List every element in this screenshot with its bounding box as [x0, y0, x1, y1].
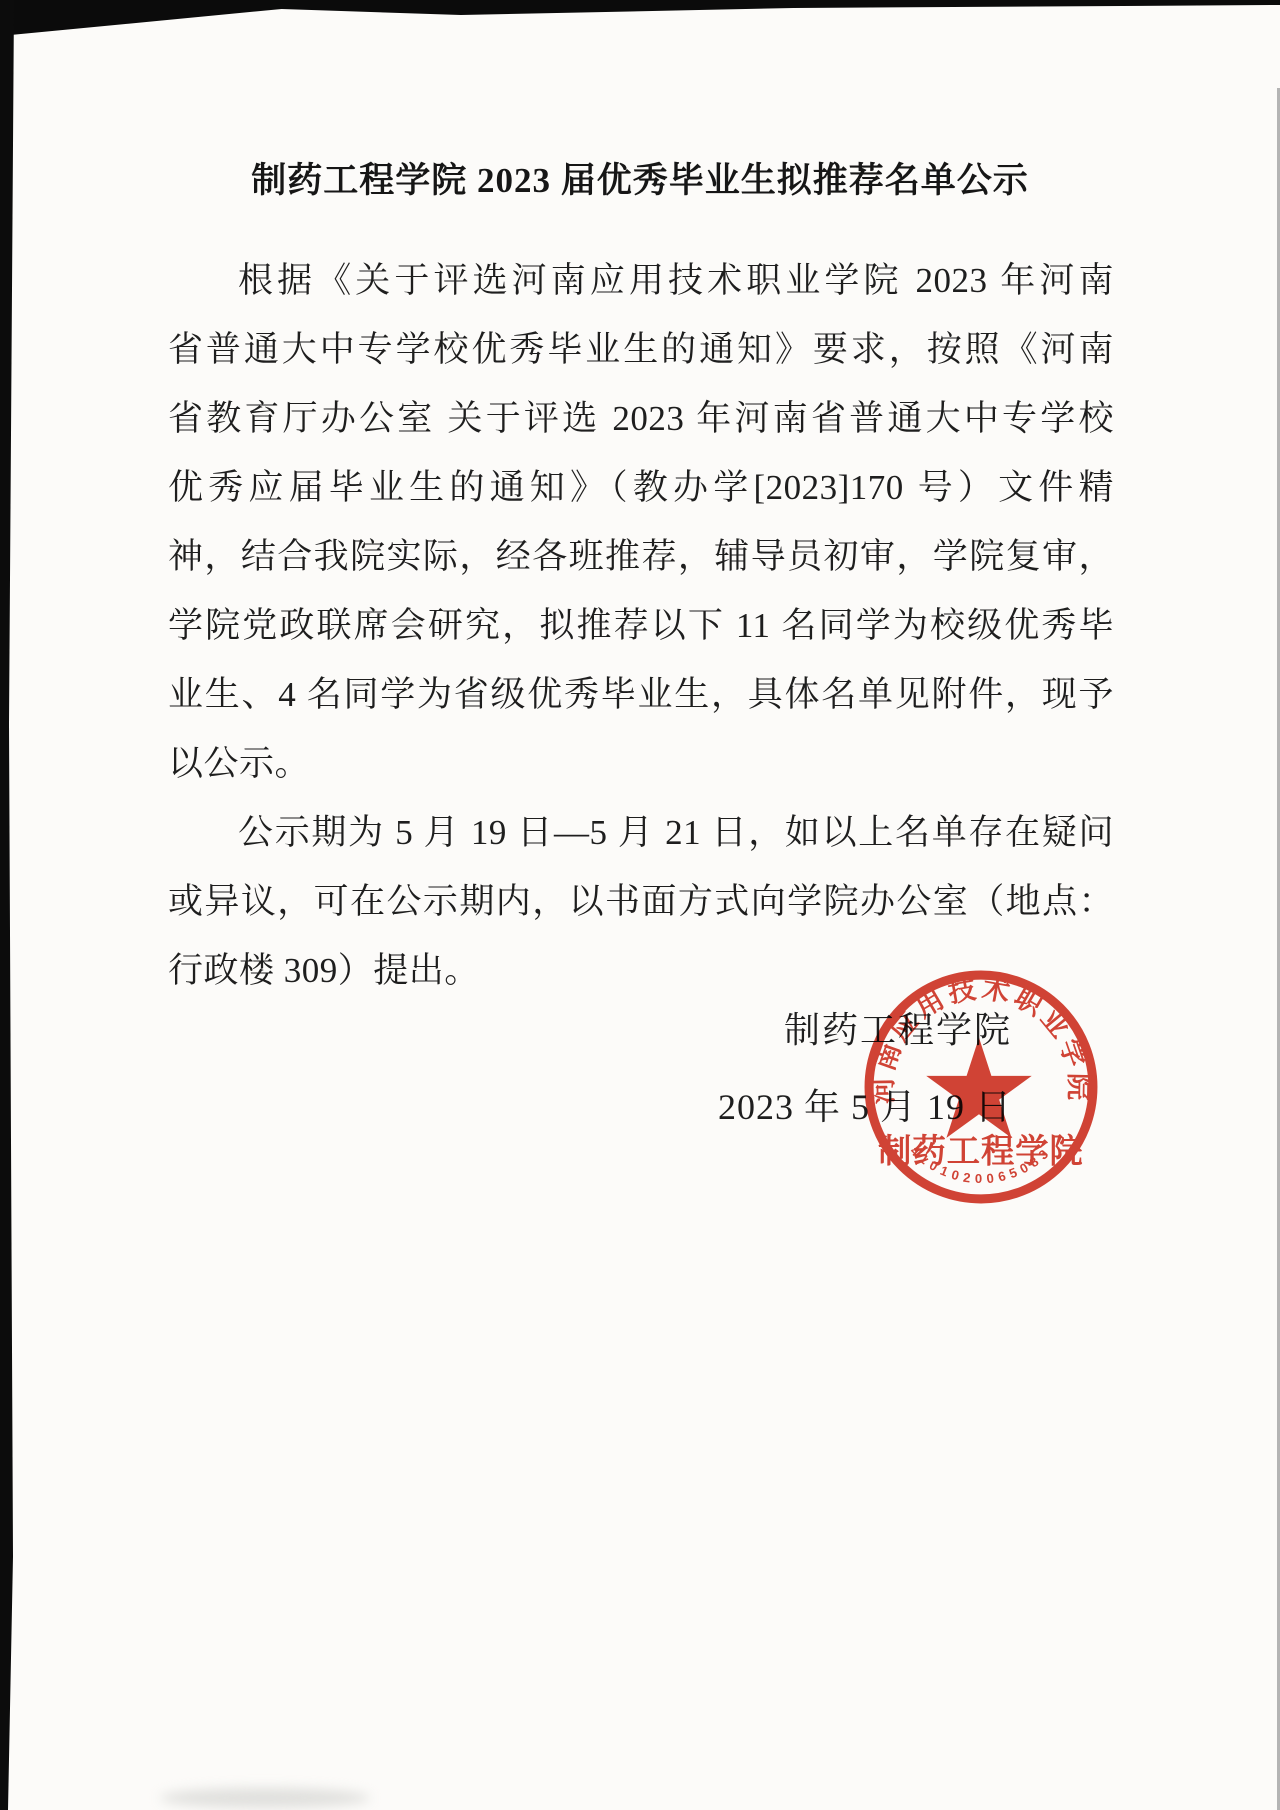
signature-date: 2023 年 5 月 19 日 [718, 1077, 1012, 1137]
scan-smudge [160, 1788, 370, 1808]
scan-edge-top [0, 0, 1280, 40]
signature-block: 制药工程学院 2023 年 5 月 19 日 [718, 1000, 1012, 1137]
text-line: 公示期为 5 月 19 日—5 月 21 日，如以上名单存在疑问 [168, 798, 1114, 867]
text-line: 优秀应届毕业生的通知》（教办学[2023]170 号）文件精 [168, 453, 1114, 522]
text-line: 学院党政联席会研究，拟推荐以下 11 名同学为校级优秀毕 [168, 591, 1114, 660]
seal-name-text: 制药工程学院 [878, 1134, 1084, 1171]
text-line: 省普通大中专学校优秀毕业生的通知》要求，按照《河南 [168, 315, 1114, 384]
text-line: 或异议，可在公示期内，以书面方式向学院办公室（地点： [168, 867, 1114, 936]
paragraph: 根据《关于评选河南应用技术职业学院 2023 年河南省普通大中专学校优秀毕业生的… [168, 246, 1114, 798]
seal-serial-text: 4101020065083 [907, 1143, 1054, 1186]
svg-text:4101020065083: 4101020065083 [907, 1143, 1054, 1186]
paragraph: 公示期为 5 月 19 日—5 月 21 日，如以上名单存在疑问或异议，可在公示… [168, 798, 1114, 1005]
text-line: 省教育厅办公室 关于评选 2023 年河南省普通大中专学校 [168, 384, 1114, 453]
text-line: 业生、4 名同学为省级优秀毕业生，具体名单见附件，现予 [168, 660, 1114, 729]
text-line: 以公示。 [168, 729, 1114, 798]
page-title: 制药工程学院 2023 届优秀毕业生拟推荐名单公示 [0, 153, 1280, 203]
document-page: 制药工程学院 2023 届优秀毕业生拟推荐名单公示 根据《关于评选河南应用技术职… [0, 0, 1280, 1810]
text-line: 根据《关于评选河南应用技术职业学院 2023 年河南 [168, 246, 1114, 315]
signature-organization: 制药工程学院 [718, 1000, 1012, 1060]
text-line: 神，结合我院实际，经各班推荐，辅导员初审，学院复审， [168, 522, 1114, 591]
text-line: 行政楼 309）提出。 [168, 936, 1114, 1005]
document-body: 根据《关于评选河南应用技术职业学院 2023 年河南省普通大中专学校优秀毕业生的… [168, 246, 1114, 1005]
scan-edge-left [0, 0, 16, 1810]
